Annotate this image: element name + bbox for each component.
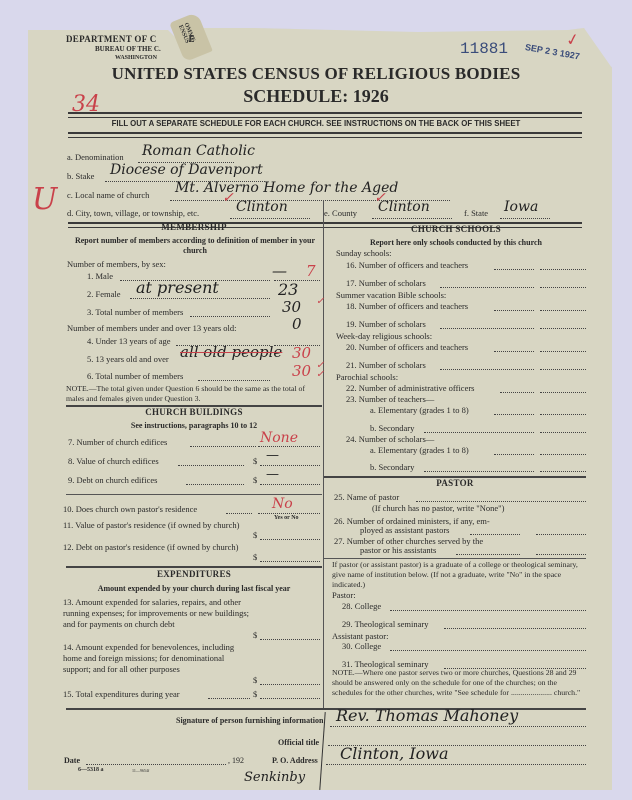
dollar-sign: $ (253, 689, 257, 699)
dollar-sign: $ (253, 675, 257, 685)
expenditures-title: EXPENDITURES (66, 569, 322, 579)
stake-label: b. Stake (67, 171, 94, 181)
school-q22: 22. Number of administrative officers (346, 383, 475, 393)
residence-value-label: 11. Value of pastor's residence (if owne… (63, 520, 253, 530)
benevolences-label: 14. Amount expended for benevolences, in… (63, 642, 253, 675)
male-count[interactable]: 7 (306, 262, 316, 280)
edifice-debt-label: 9. Debt on church edifices (68, 475, 157, 485)
signature-field[interactable]: Rev. Thomas Mahoney (336, 706, 518, 725)
pastor-note: NOTE.—Where one pastor serves two or mor… (332, 668, 586, 698)
assistant-label: Assistant pastor: (332, 631, 388, 641)
over13-note: all old people (180, 343, 282, 361)
edifices-label: 7. Number of church edifices (68, 437, 167, 447)
denomination-label: a. Denomination (67, 152, 124, 162)
stake-field[interactable]: Diocese of Davenport (110, 162, 263, 178)
rule (66, 494, 322, 495)
signature-label: Signature of person furnishing informati… (176, 716, 323, 725)
edifice-value[interactable]: — (266, 448, 279, 463)
pastor-q25: 25. Name of pastor (334, 492, 399, 502)
pastor-q26b: ployed as assistant pastors (360, 525, 449, 535)
school-q23b: b. Secondary (370, 423, 414, 433)
local-name-label: c. Local name of church (67, 190, 149, 200)
edifice-value-label: 8. Value of church edifices (68, 456, 159, 466)
school-q20: 20. Number of officers and teachers (346, 342, 468, 352)
yes-no-hint: Yes or No (274, 515, 299, 521)
print-code: 11—9654f (132, 768, 149, 773)
red-check-icon: ✓ (316, 369, 324, 380)
parochial-label: Parochial schools: (336, 372, 398, 382)
pastor-title: PASTOR (324, 478, 586, 488)
buildings-subtitle: See instructions, paragraphs 10 to 12 (66, 421, 322, 430)
red-check-icon: ✓ (374, 190, 386, 206)
pastor-q30: 30. College (342, 641, 381, 651)
school-q23a: a. Elementary (grades 1 to 8) (370, 405, 469, 415)
total-label: 3. Total number of members (87, 307, 183, 317)
over13-label: 5. 13 years old and over (87, 354, 169, 364)
graduate-note: If pastor (or assistant pastor) is a gra… (332, 560, 586, 590)
male-label: 1. Male (87, 271, 113, 281)
date-year: , 192 (228, 756, 244, 765)
city-field[interactable]: Clinton (236, 199, 288, 215)
dollar-sign: $ (253, 630, 257, 640)
instruction-line: FILL OUT A SEPARATE SCHEDULE FOR EACH CH… (25, 118, 606, 128)
female-label: 2. Female (87, 289, 121, 299)
residence-owned[interactable]: No (272, 496, 293, 512)
school-q21: 21. Number of scholars (346, 360, 426, 370)
pastor-q27b: pastor or his assistants (360, 545, 436, 555)
dollar-sign: $ (253, 456, 257, 466)
running-expenses-label: 13. Amount expended for salaries, repair… (63, 597, 253, 630)
residence-owned-label: 10. Does church own pastor's residence (63, 504, 197, 514)
washington-label: WASHINGTON (115, 55, 157, 61)
membership-subtitle: Report number of members according to de… (70, 236, 320, 256)
schools-subtitle: Report here only schools conducted by th… (326, 238, 586, 247)
pastor-q28: 28. College (342, 601, 381, 611)
chaplain-note: Senkinby (244, 770, 305, 785)
school-q17: 17. Number of scholars (346, 278, 426, 288)
dollar-sign: $ (253, 475, 257, 485)
school-q24: 24. Number of scholars— (346, 434, 434, 444)
official-title-label: Official title (278, 738, 319, 747)
by-sex-label: Number of members, by sex: (67, 259, 166, 269)
red-check-icon: ✓ (222, 190, 234, 206)
dollar-sign: $ (253, 552, 257, 562)
buildings-title: CHURCH BUILDINGS (66, 407, 322, 417)
red-check-icon: ✓ (316, 296, 324, 307)
county-label: e. County (324, 208, 357, 218)
rule (66, 566, 322, 568)
form-title: UNITED STATES CENSUS OF RELIGIOUS BODIES (0, 64, 632, 84)
age-heading-value: 0 (292, 315, 302, 333)
school-q24b: b. Secondary (370, 462, 414, 472)
male-struck: — (272, 262, 287, 280)
rule (324, 558, 586, 559)
total2-label: 6. Total number of members (87, 371, 183, 381)
denomination-field[interactable]: Roman Catholic (142, 143, 255, 159)
pastor-q29: 29. Theological seminary (342, 619, 428, 629)
po-address-label: P. O. Address (272, 756, 318, 765)
local-name-field[interactable]: Mt. Alverno Home for the Aged (175, 180, 398, 196)
date-label: Date (64, 756, 80, 765)
school-q16: 16. Number of officers and teachers (346, 260, 468, 270)
stamp-number: 11881 (460, 40, 508, 58)
edifices-count[interactable]: None (260, 430, 298, 446)
total2-count[interactable]: 30 (292, 362, 311, 380)
female-note: at present (136, 278, 219, 297)
form-number: 6—5318 a (78, 767, 104, 773)
female-count[interactable]: 23 (278, 280, 298, 299)
total-expenditures-label: 15. Total expenditures during year (63, 689, 180, 699)
state-label: f. State (464, 208, 488, 218)
age-heading: Number of members under and over 13 year… (67, 323, 236, 333)
total-count[interactable]: 30 (282, 298, 301, 316)
school-q19: 19. Number of scholars (346, 319, 426, 329)
membership-title: MEMBERSHIP (66, 222, 322, 232)
school-q24a: a. Elementary (grades 1 to 8) (370, 445, 469, 455)
summer-label: Summer vacation Bible schools: (336, 290, 446, 300)
column-divider (323, 200, 324, 710)
over13-count[interactable]: 30 (292, 344, 311, 362)
school-q18: 18. Number of officers and teachers (346, 301, 468, 311)
membership-note: NOTE.—The total given under Question 6 s… (66, 384, 320, 404)
pastor-label: Pastor: (332, 590, 356, 600)
edifice-debt[interactable]: — (266, 467, 279, 482)
dollar-sign: $ (253, 530, 257, 540)
residence-debt-label: 12. Debt on pastor's residence (if owned… (63, 542, 253, 552)
rule (68, 132, 582, 138)
state-field[interactable]: Iowa (504, 199, 538, 215)
pastor-q25-hint: (If church has no pastor, write "None") (372, 503, 504, 513)
sunday-label: Sunday schools: (336, 248, 392, 258)
city-label: d. City, town, village, or township, etc… (67, 208, 199, 218)
po-address-field[interactable]: Clinton, Iowa (340, 744, 449, 763)
expenditures-subtitle: Amount expended by your church during la… (66, 584, 322, 593)
bureau-name: BUREAU OF THE C. (95, 45, 161, 53)
under13-label: 4. Under 13 years of age (87, 336, 171, 346)
weekday-label: Week-day religious schools: (336, 331, 432, 341)
department-name: DEPARTMENT OF CE (66, 34, 195, 44)
schools-title: CHURCH SCHOOLS (326, 224, 586, 234)
school-q23: 23. Number of teachers— (346, 394, 434, 404)
margin-mark: U (32, 182, 57, 217)
